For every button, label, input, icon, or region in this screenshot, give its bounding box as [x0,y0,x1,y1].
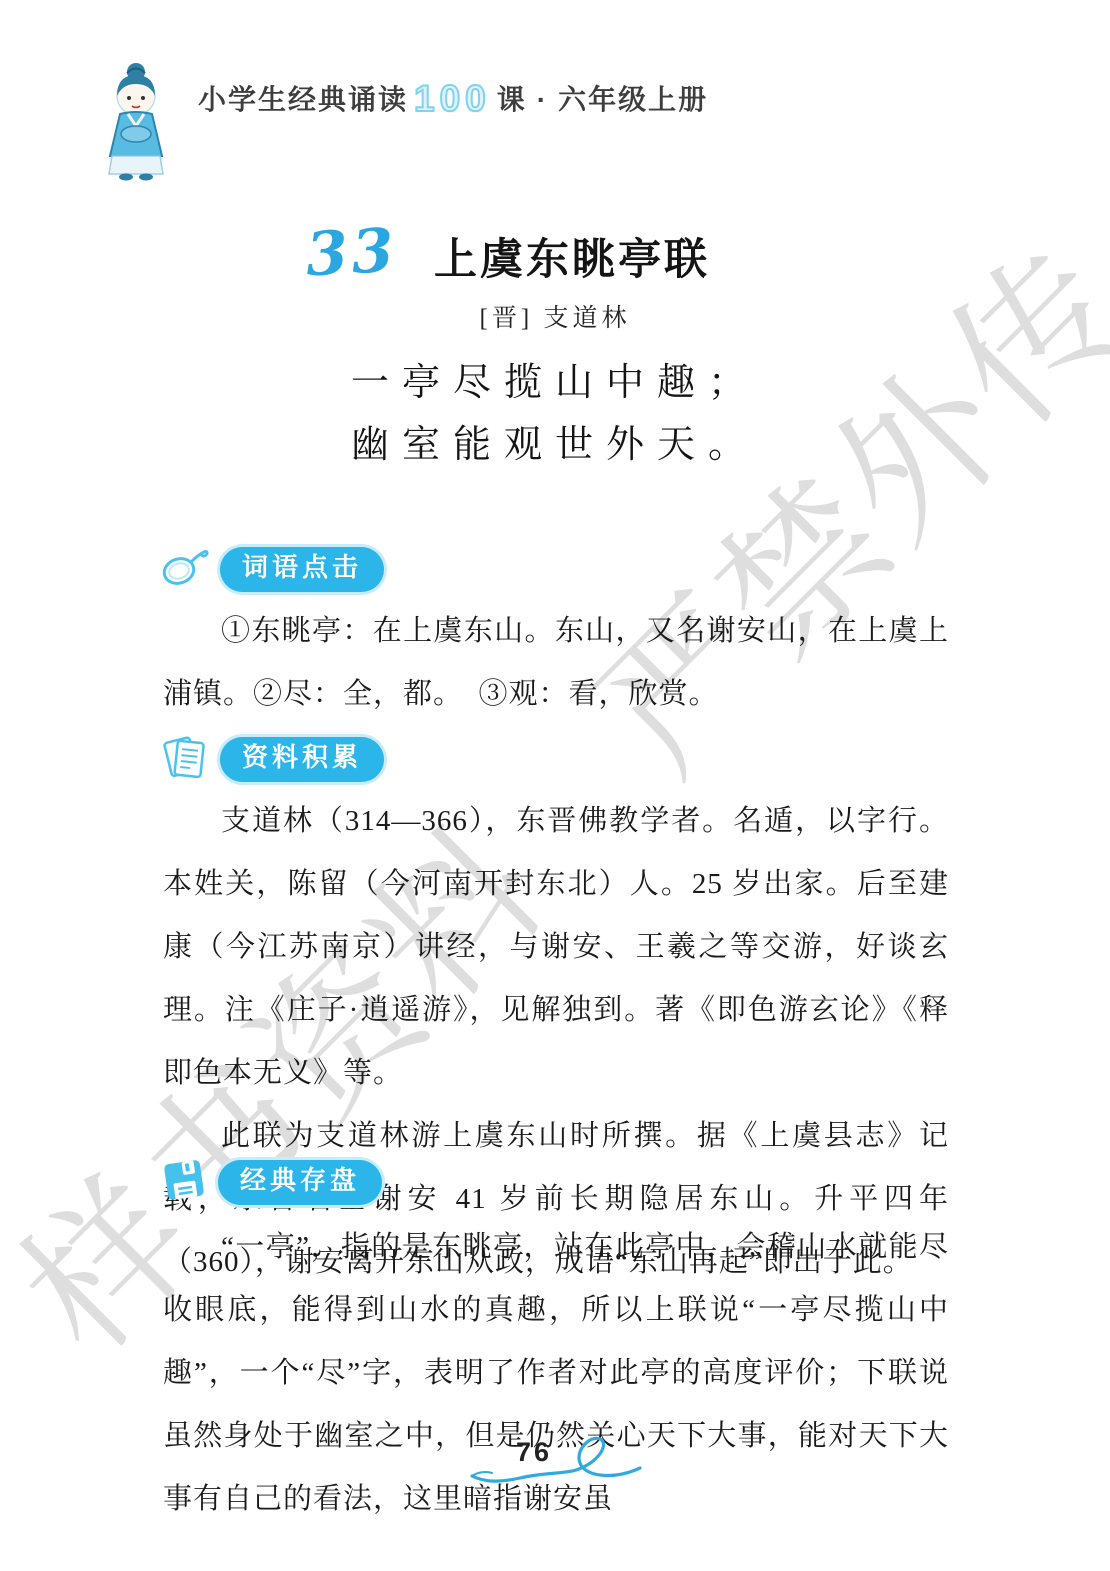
note-paragraph: ①东眺亭：在上虞东山。东山，又名谢安山，在上虞上浦镇。②尽：全，都。 ③观：看，… [163,600,949,726]
section-badge-words: 词语点击 [220,547,384,591]
mascot-scholar-boy-icon [90,60,182,187]
volume-label: 六年级上册 [558,78,708,118]
magnifier-icon [160,544,210,595]
lesson-number: 33 [304,216,399,291]
section-header-materials: 资料积累 [160,730,384,789]
couplet-line-2: 幽室能观世外天。 [0,414,1110,476]
couplet: 一亭尽揽山中趣； 幽室能观世外天。 [0,352,1110,476]
separator-dot: · [537,84,548,116]
bio-paragraph: 支道林（314—366），东晋佛教学者。名遁，以字行。本姓关，陈留（今河南开封东… [163,790,949,1105]
section-header-words: 词语点击 [160,544,384,595]
page-header: 小学生经典诵读 100 课 · 六年级上册 [90,60,708,187]
ribbon-flourish-icon [468,1436,646,1496]
papers-icon [160,730,210,789]
author-line: [晋] 支道林 [0,298,1110,334]
word-notes: ①东眺亭：在上虞东山。东山，又名谢安山，在上虞上浦镇。②尽：全，都。 ③观：看，… [163,600,949,726]
series-title-prefix: 小学生经典诵读 [198,78,408,118]
series-number-100: 100 [414,78,491,120]
section-badge-materials: 资料积累 [220,737,384,781]
book-page: 样书资料 严禁外传 小学生经典诵读 100 课 [0,0,1110,1571]
section-badge-save: 经典存盘 [218,1160,382,1204]
section-header-save: 经典存盘 [160,1154,382,1211]
series-title: 小学生经典诵读 100 课 · 六年级上册 [198,76,708,118]
series-title-suffix: 课 [497,78,527,118]
floppy-disk-icon [160,1154,208,1211]
couplet-line-1: 一亭尽揽山中趣； [0,352,1110,414]
lesson-title: 上虞东眺亭联 [434,226,710,287]
